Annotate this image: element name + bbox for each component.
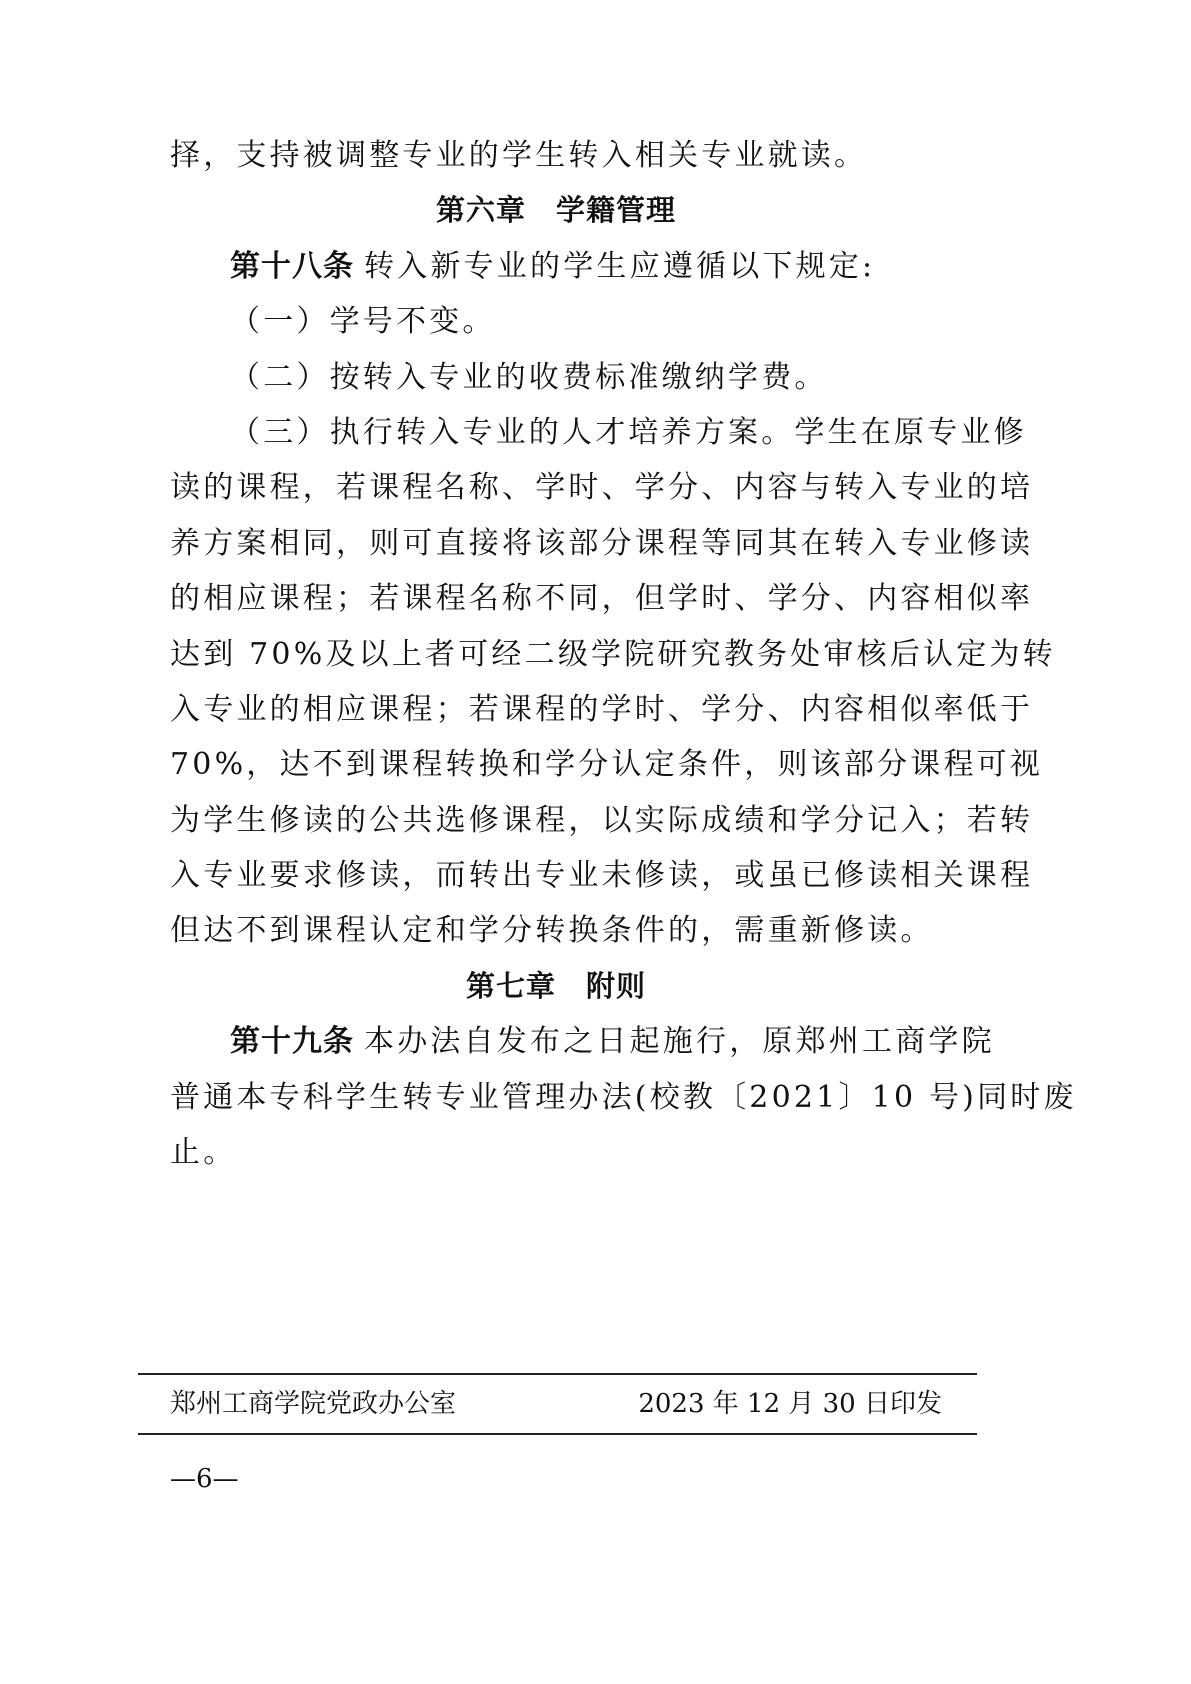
article-19-line: 止。 <box>170 1125 942 1180</box>
article-label: 第十九条 <box>230 1024 354 1059</box>
article-18: 第十八条转入新专业的学生应遵循以下规定: <box>170 239 942 294</box>
list-item-3-line: 入专业的相应课程；若课程的学时、学分、内容相似率低于 <box>170 682 942 737</box>
list-item-3-line: 入专业要求修读，而转出专业未修读，或虽已修读相关课程 <box>170 848 942 903</box>
paragraph-continuation: 择，支持被调整专业的学生转入相关专业就读。 <box>170 128 942 183</box>
list-item-3-line: 达到 70%及以上者可经二级学院研究教务处审核后认定为转 <box>170 627 942 682</box>
footer-top-rule <box>138 1373 977 1375</box>
list-item-3-line: （三）执行转入专业的人才培养方案。学生在原专业修 <box>170 405 942 460</box>
list-item-2: （二）按转入专业的收费标准缴纳学费。 <box>170 350 942 405</box>
issue-date: 2023 年 12 月 30 日印发 <box>638 1386 942 1422</box>
article-label: 第十八条 <box>230 249 354 284</box>
article-text: 本办法自发布之日起施行，原郑州工商学院 <box>364 1024 995 1059</box>
list-item-3-line: 养方案相同，则可直接将该部分课程等同其在转入专业修读 <box>170 516 942 571</box>
document-page: 择，支持被调整专业的学生转入相关专业就读。 第六章 学籍管理 第十八条转入新专业… <box>0 0 1191 1684</box>
issuance-footer: 郑州工商学院党政办公室 2023 年 12 月 30 日印发 <box>170 1386 942 1422</box>
article-text: 转入新专业的学生应遵循以下规定: <box>364 249 875 284</box>
article-19-line: 普通本专科学生转专业管理办法(校教〔2021〕10 号)同时废 <box>170 1070 942 1125</box>
list-item-3-line: 的相应课程；若课程名称不同，但学时、学分、内容相似率 <box>170 571 942 626</box>
list-item-3-line: 为学生修读的公共选修课程，以实际成绩和学分记入；若转 <box>170 793 942 848</box>
list-item-3-line: 读的课程，若课程名称、学时、学分、内容与转入专业的培 <box>170 460 942 515</box>
footer-bottom-rule <box>138 1433 977 1435</box>
list-item-1: （一）学号不变。 <box>170 294 942 349</box>
page-number: —6— <box>170 1461 239 1497</box>
issuer-name: 郑州工商学院党政办公室 <box>170 1386 456 1422</box>
chapter-heading-6: 第六章 学籍管理 <box>170 183 942 238</box>
list-item-3-line: 70%，达不到课程转换和学分认定条件，则该部分课程可视 <box>170 737 942 792</box>
article-19: 第十九条本办法自发布之日起施行，原郑州工商学院 <box>170 1014 942 1069</box>
document-body: 择，支持被调整专业的学生转入相关专业就读。 第六章 学籍管理 第十八条转入新专业… <box>170 128 942 1180</box>
chapter-heading-7: 第七章 附则 <box>170 959 942 1014</box>
list-item-3-line: 但达不到课程认定和学分转换条件的，需重新修读。 <box>170 903 942 958</box>
